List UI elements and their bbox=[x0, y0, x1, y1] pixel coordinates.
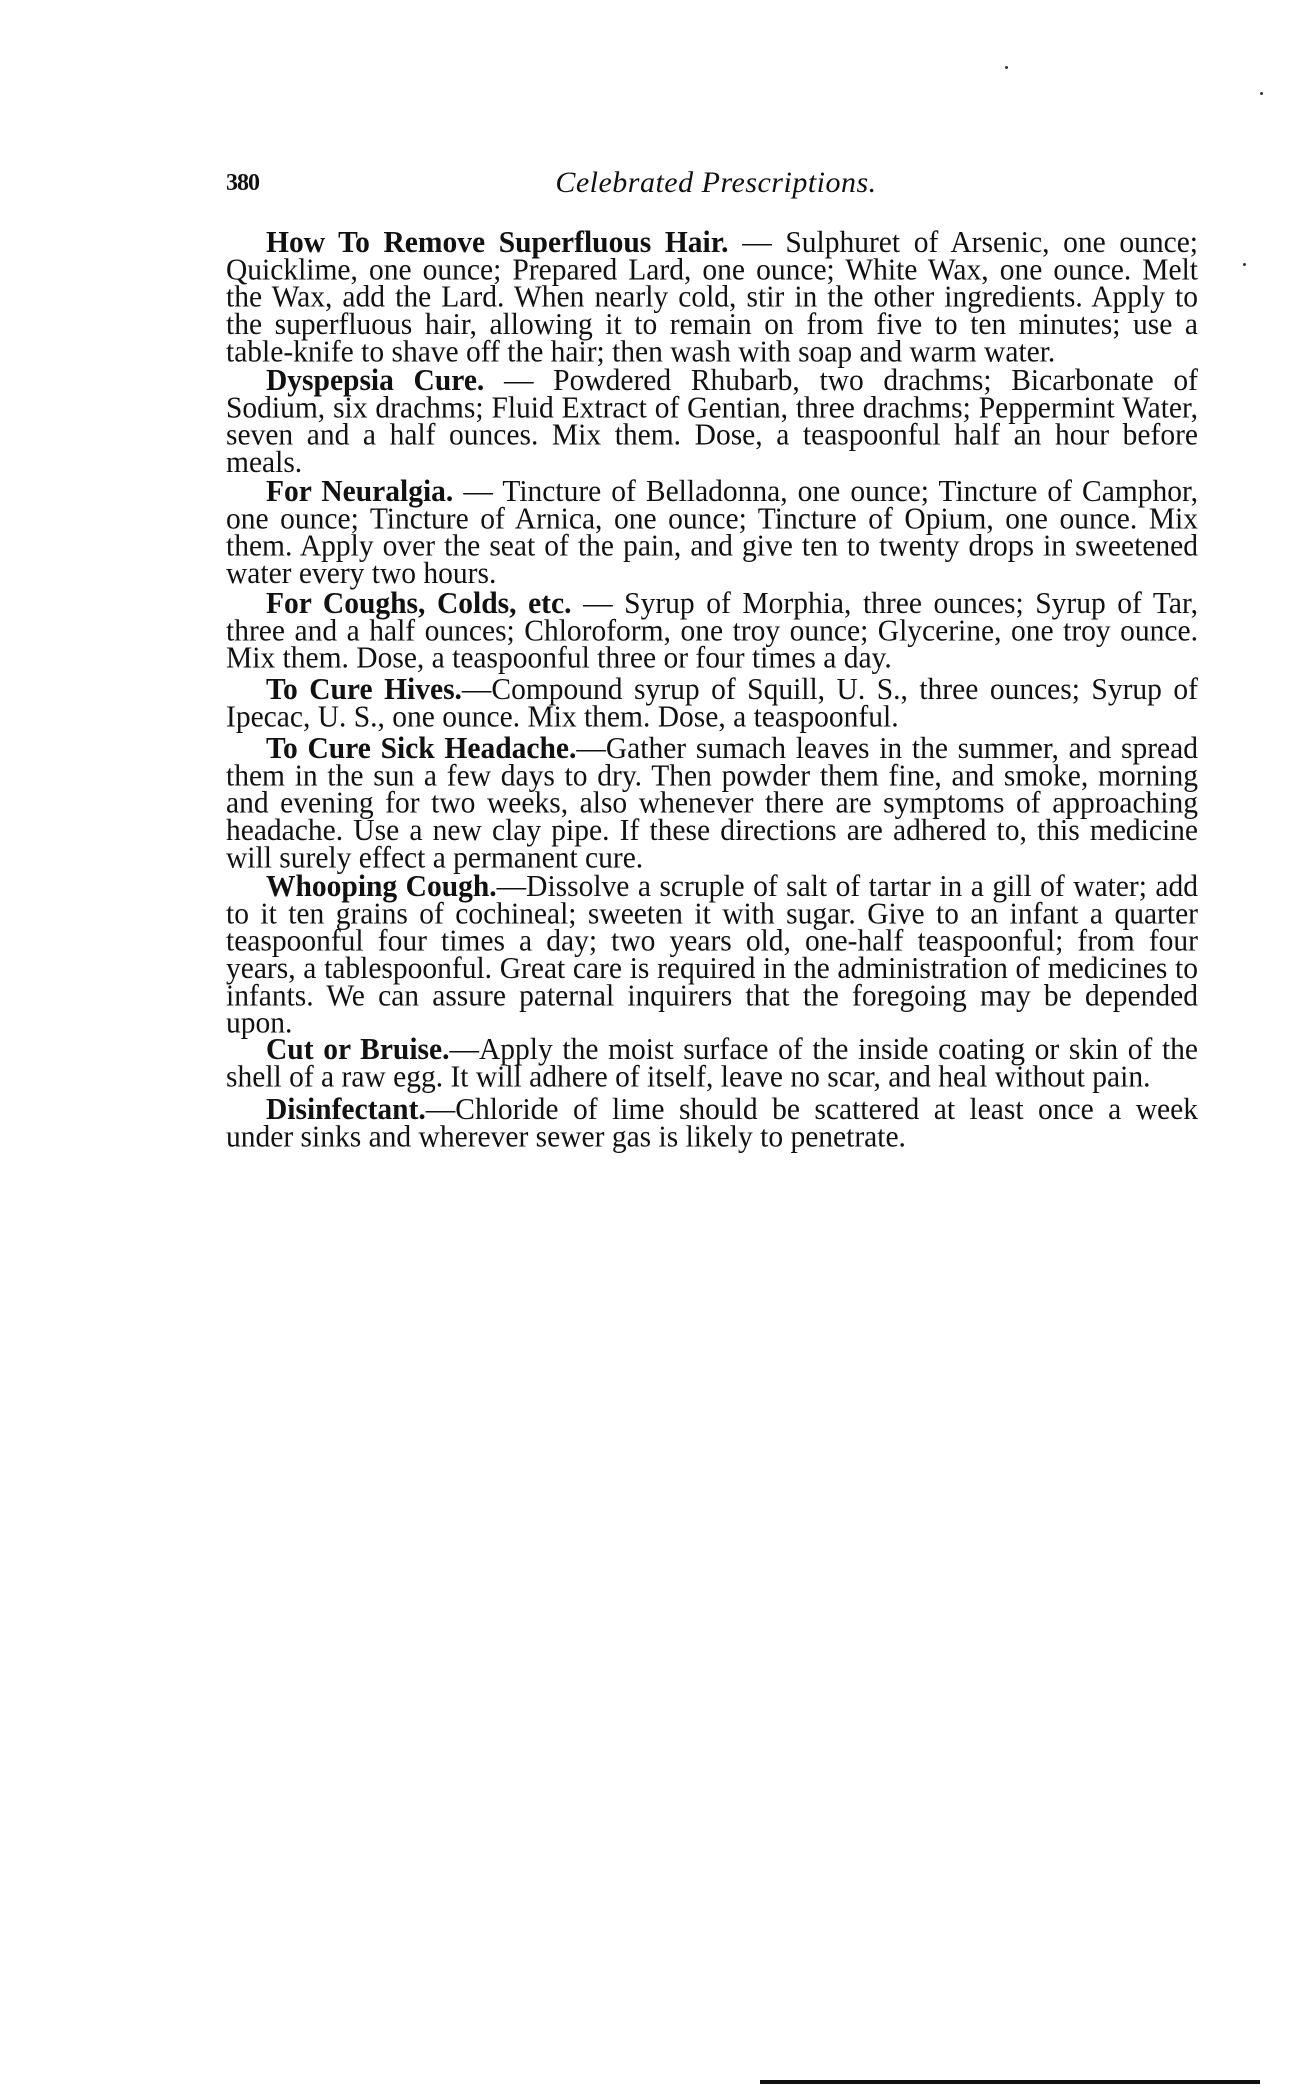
scan-speck bbox=[1005, 66, 1008, 69]
bottom-rule bbox=[760, 2080, 1260, 2084]
page-header: 380 Celebrated Prescriptions. bbox=[226, 170, 1206, 210]
scan-speck bbox=[1243, 263, 1246, 266]
entry-cut-or-bruise: Cut or Bruise.—Apply the moist surface o… bbox=[226, 1037, 1198, 1091]
entry-sick-headache: To Cure Sick Headache.—Gather sumach lea… bbox=[226, 736, 1198, 872]
page-body: How To Remove Superfluous Hair. — Sulphu… bbox=[226, 230, 1198, 1157]
entry-disinfectant: Disinfectant.—Chloride of lime should be… bbox=[226, 1097, 1198, 1151]
entry-superfluous-hair: How To Remove Superfluous Hair. — Sulphu… bbox=[226, 230, 1198, 366]
entry-coughs-colds: For Coughs, Colds, etc. — Syrup of Morph… bbox=[226, 591, 1198, 673]
running-title: Celebrated Prescriptions. bbox=[226, 166, 1206, 200]
entry-dyspepsia-cure: Dyspepsia Cure. — Powdered Rhubarb, two … bbox=[226, 368, 1198, 477]
entry-neuralgia: For Neuralgia. — Tincture of Belladonna,… bbox=[226, 479, 1198, 588]
scan-speck bbox=[1260, 92, 1263, 95]
entry-hives: To Cure Hives.—Compound syrup of Squill,… bbox=[226, 677, 1198, 731]
entry-whooping-cough: Whooping Cough.—Dissolve a scruple of sa… bbox=[226, 874, 1198, 1037]
